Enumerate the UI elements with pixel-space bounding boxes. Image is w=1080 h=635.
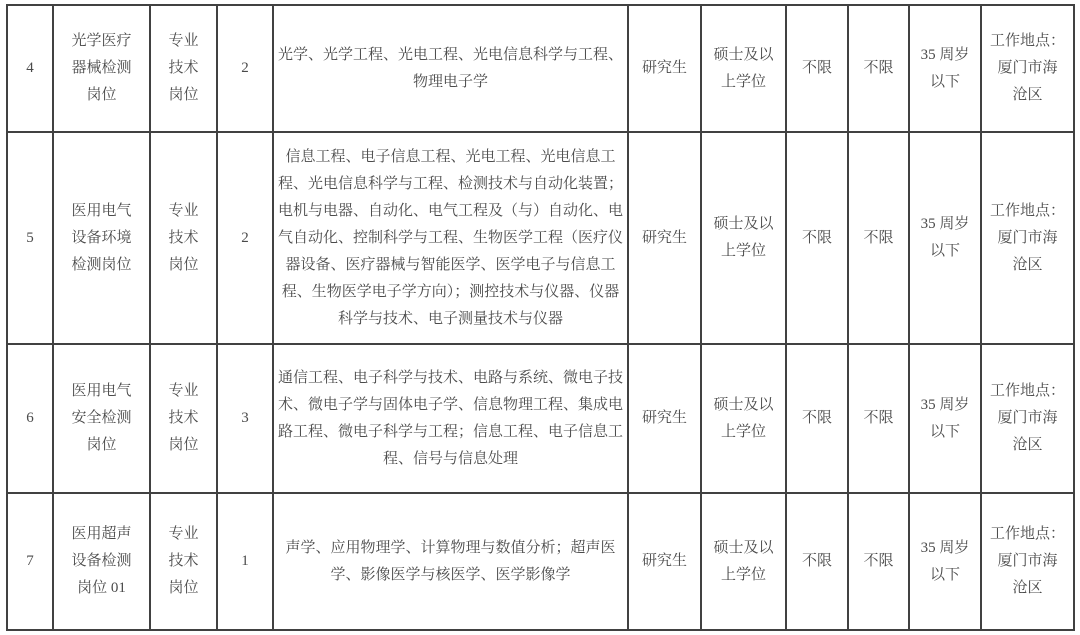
document-page: 4 光学医疗 器械检测 岗位 专业 技术 岗位 2 光学、光学工程、光电工程、光… — [0, 0, 1080, 635]
cell-limit-a: 不限 — [786, 344, 848, 493]
cell-position-type: 专业 技术 岗位 — [150, 493, 217, 630]
cell-limit-a: 不限 — [786, 493, 848, 630]
cell-age-limit: 35 周岁 以下 — [909, 132, 981, 344]
cell-work-location: 工作地点： 厦门市海 沧区 — [981, 132, 1074, 344]
cell-row-number: 5 — [7, 132, 53, 344]
cell-row-number: 6 — [7, 344, 53, 493]
cell-major-requirements: 声学、应用物理学、计算物理与数值分析；超声医学、影像医学与核医学、医学影像学 — [273, 493, 628, 630]
cell-position-name: 光学医疗 器械检测 岗位 — [53, 5, 150, 132]
cell-degree: 硕士及以 上学位 — [701, 132, 786, 344]
cell-row-number: 4 — [7, 5, 53, 132]
cell-limit-b: 不限 — [848, 132, 909, 344]
recruitment-table: 4 光学医疗 器械检测 岗位 专业 技术 岗位 2 光学、光学工程、光电工程、光… — [6, 4, 1075, 631]
cell-limit-b: 不限 — [848, 344, 909, 493]
cell-major-requirements: 信息工程、电子信息工程、光电工程、光电信息工程、光电信息科学与工程、检测技术与自… — [273, 132, 628, 344]
cell-position-name: 医用电气 设备环境 检测岗位 — [53, 132, 150, 344]
cell-age-limit: 35 周岁 以下 — [909, 5, 981, 132]
cell-position-type: 专业 技术 岗位 — [150, 132, 217, 344]
cell-limit-b: 不限 — [848, 493, 909, 630]
cell-education: 研究生 — [628, 132, 701, 344]
table-row: 6 医用电气 安全检测 岗位 专业 技术 岗位 3 通信工程、电子科学与技术、电… — [7, 344, 1074, 493]
cell-position-name: 医用电气 安全检测 岗位 — [53, 344, 150, 493]
cell-degree: 硕士及以 上学位 — [701, 344, 786, 493]
cell-work-location: 工作地点： 厦门市海 沧区 — [981, 5, 1074, 132]
cell-work-location: 工作地点： 厦门市海 沧区 — [981, 344, 1074, 493]
cell-degree: 硕士及以 上学位 — [701, 493, 786, 630]
table-row: 7 医用超声 设备检测 岗位 01 专业 技术 岗位 1 声学、应用物理学、计算… — [7, 493, 1074, 630]
cell-major-requirements: 光学、光学工程、光电工程、光电信息科学与工程、物理电子学 — [273, 5, 628, 132]
cell-position-name: 医用超声 设备检测 岗位 01 — [53, 493, 150, 630]
table-row: 5 医用电气 设备环境 检测岗位 专业 技术 岗位 2 信息工程、电子信息工程、… — [7, 132, 1074, 344]
cell-age-limit: 35 周岁 以下 — [909, 493, 981, 630]
cell-education: 研究生 — [628, 344, 701, 493]
cell-position-type: 专业 技术 岗位 — [150, 5, 217, 132]
cell-limit-b: 不限 — [848, 5, 909, 132]
table-row: 4 光学医疗 器械检测 岗位 专业 技术 岗位 2 光学、光学工程、光电工程、光… — [7, 5, 1074, 132]
cell-headcount: 2 — [217, 132, 273, 344]
cell-age-limit: 35 周岁 以下 — [909, 344, 981, 493]
cell-education: 研究生 — [628, 5, 701, 132]
cell-education: 研究生 — [628, 493, 701, 630]
cell-limit-a: 不限 — [786, 132, 848, 344]
cell-work-location: 工作地点： 厦门市海 沧区 — [981, 493, 1074, 630]
cell-headcount: 1 — [217, 493, 273, 630]
cell-limit-a: 不限 — [786, 5, 848, 132]
cell-position-type: 专业 技术 岗位 — [150, 344, 217, 493]
cell-headcount: 2 — [217, 5, 273, 132]
cell-major-requirements: 通信工程、电子科学与技术、电路与系统、微电子技术、微电子学与固体电子学、信息物理… — [273, 344, 628, 493]
cell-row-number: 7 — [7, 493, 53, 630]
cell-degree: 硕士及以 上学位 — [701, 5, 786, 132]
cell-headcount: 3 — [217, 344, 273, 493]
